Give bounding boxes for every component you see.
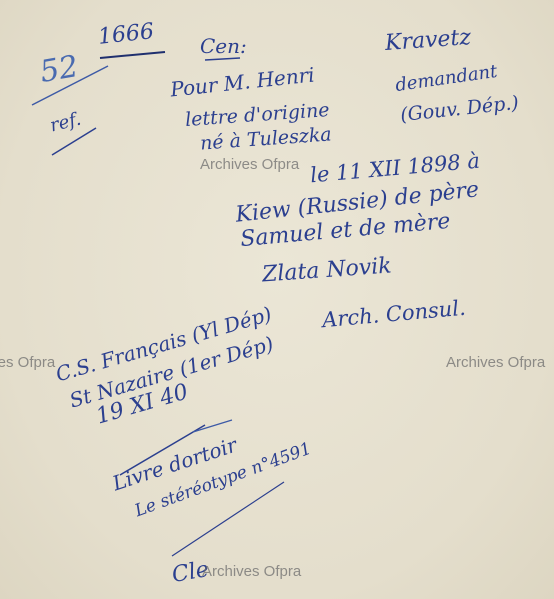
archival-document: 52 1666 ref. Cen: Kravetz Pour M. Henri …	[0, 0, 554, 599]
watermark-left: Archives Ofpra	[0, 354, 55, 371]
line-cen: Cen:	[200, 34, 247, 58]
watermark-right: Archives Ofpra	[446, 354, 545, 371]
watermark-top: Archives Ofpra	[200, 156, 299, 173]
watermark-bottom: Archives Ofpra	[202, 563, 301, 580]
ref-number: 52	[37, 49, 81, 90]
